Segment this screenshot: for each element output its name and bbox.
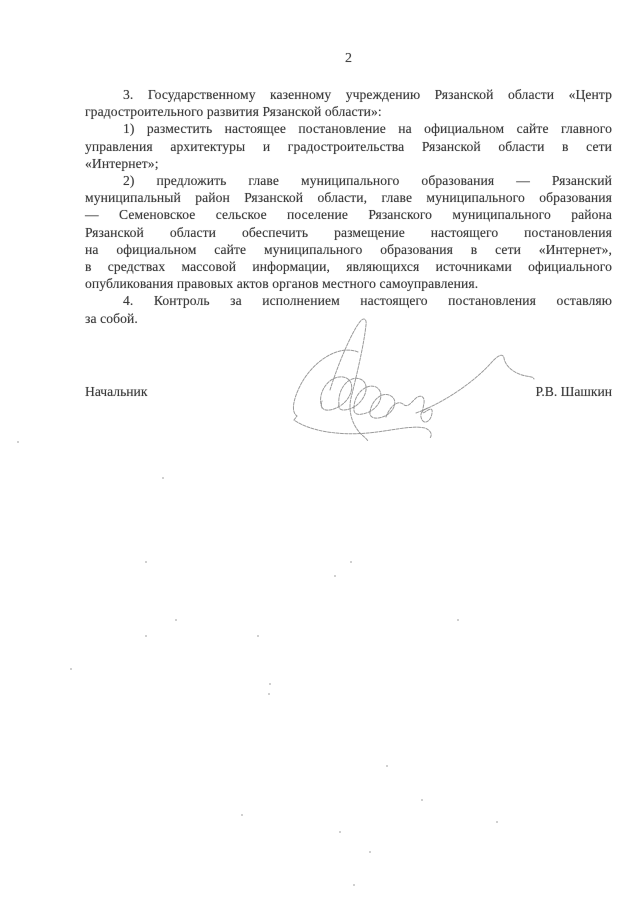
text-line: Рязанской области обеспечить размещение …	[85, 224, 612, 241]
scan-speck	[269, 683, 271, 685]
scan-speck	[334, 575, 336, 577]
text-line: 4. Контроль за исполнением настоящего по…	[85, 292, 612, 309]
document-body: 3. Государственному казенному учреждению…	[85, 86, 612, 327]
scan-speck	[241, 814, 243, 816]
document-page: 2 3. Государственному казенному учрежден…	[0, 0, 640, 905]
paragraph-item-3: 3. Государственному казенному учреждению…	[85, 86, 612, 120]
text-line: в средствах массовой информации, являющи…	[85, 258, 612, 275]
handwritten-signature-icon	[288, 316, 550, 448]
scan-speck	[369, 851, 371, 853]
scan-speck	[421, 799, 423, 801]
scan-speck	[350, 561, 352, 563]
paragraph-subitem-1: 1) разместить настоящее постановление на…	[85, 120, 612, 172]
text-line: — Семеновское сельское поселение Рязанск…	[85, 206, 612, 223]
scan-speck	[162, 477, 164, 479]
text-line: 2) предложить главе муниципального образ…	[85, 172, 612, 189]
scan-speck	[17, 441, 19, 443]
text-line: опубликования правовых актов органов мес…	[85, 275, 612, 292]
paragraph-subitem-2: 2) предложить главе муниципального образ…	[85, 172, 612, 292]
scan-speck	[70, 668, 72, 670]
scan-speck	[175, 619, 177, 621]
signer-position-title: Начальник	[85, 384, 147, 400]
text-line: муниципальный район Рязанской области, г…	[85, 189, 612, 206]
scan-speck	[268, 693, 270, 695]
scan-speck	[496, 821, 498, 823]
text-line: управления архитектуры и градостроительс…	[85, 138, 612, 155]
scan-speck	[145, 635, 147, 637]
scan-speck	[353, 884, 355, 886]
scan-speck	[257, 635, 259, 637]
text-line: 3. Государственному казенному учреждению…	[85, 86, 612, 103]
text-line: на официальном сайте муниципального обра…	[85, 241, 612, 258]
text-line: 1) разместить настоящее постановление на…	[85, 120, 612, 137]
page-number: 2	[85, 51, 612, 67]
scan-speck	[457, 619, 459, 621]
scan-speck	[339, 831, 341, 833]
text-line: «Интернет»;	[85, 155, 612, 172]
scan-speck	[386, 765, 388, 767]
text-line: градостроительного развития Рязанской об…	[85, 103, 612, 120]
scan-speck	[145, 561, 147, 563]
